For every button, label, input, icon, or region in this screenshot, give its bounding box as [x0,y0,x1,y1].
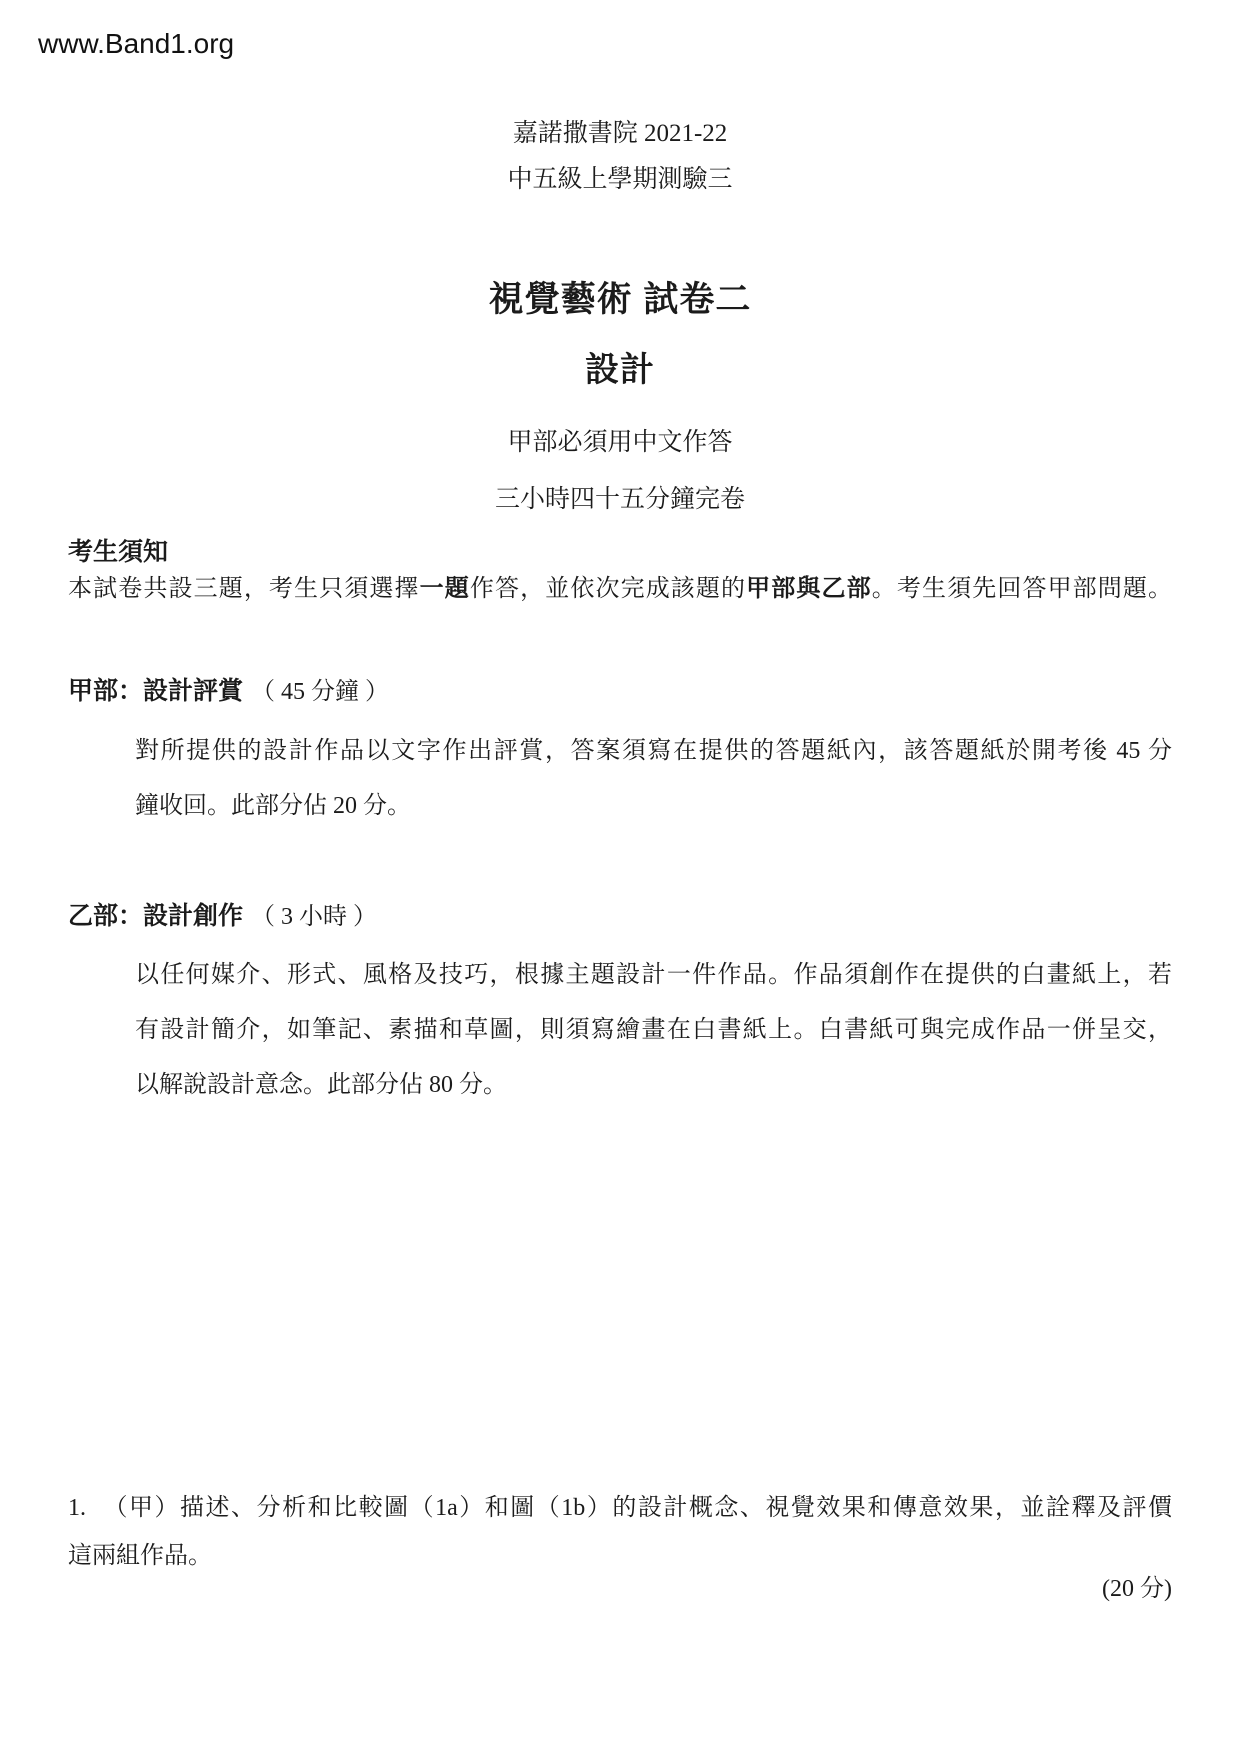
question-1-text: （甲）描述、分析和比較圖（1a）和圖（1b）的設計概念、視覺效果和傳意效果，並詮… [102,1495,1172,1521]
watermark-text: www.Band1.org [38,26,234,61]
school-year-line: 嘉諾撒書院 2021-22 [68,118,1172,149]
candidate-notice-heading: 考生須知 [68,537,168,568]
notice-segment: 作答，並依次完成該題的 [470,576,746,602]
section-b-paragraph-line-2: 有設計簡介，如筆記、素描和草圖，則須寫繪畫在白書紙上。白書紙可與完成作品一併呈交… [135,1015,1172,1045]
paper-subtitle: 設計 [68,349,1172,392]
section-a-paragraph-line-1: 對所提供的設計作品以文字作出評賞，答案須寫在提供的答題紙內，該答題紙於開考後 4… [135,736,1172,766]
question-1-line-1: 1.（甲）描述、分析和比較圖（1a）和圖（1b）的設計概念、視覺效果和傳意效果，… [68,1493,1172,1523]
section-a-paragraph-line-2: 鐘收回。此部分佔 20 分。 [135,791,1172,821]
section-b-paragraph-line-1: 以任何媒介、形式、風格及技巧，根據主題設計一件作品。作品須創作在提供的白畫紙上，… [135,960,1172,990]
section-b-heading: 乙部：設計創作（ 3 小時 ） [68,901,377,932]
question-1-marks: (20 分) [68,1574,1172,1604]
notice-segment-bold-one-question: 一題 [420,575,470,602]
exam-term-line: 中五級上學期測驗三 [68,164,1172,195]
question-1-line-2: 這兩組作品。 [68,1541,212,1571]
section-a-heading: 甲部：設計評賞（ 45 分鐘 ） [68,676,389,707]
section-a-duration: （ 45 分鐘 ） [251,679,389,705]
notice-segment: 本試卷共設三題，考生只須選擇 [68,576,420,602]
section-b-heading-label: 乙部：設計創作 [68,902,243,930]
question-1-number: 1. [68,1495,86,1521]
exam-paper-page: www.Band1.org 嘉諾撒書院 2021-22 中五級上學期測驗三 視覺… [0,0,1240,1754]
section-a-heading-label: 甲部：設計評賞 [68,677,243,705]
section-b-duration: （ 3 小時 ） [251,904,377,930]
notice-segment: 。考生須先回答甲部問題。 [872,576,1172,602]
notice-segment-bold-part-a-b: 甲部與乙部 [746,575,872,602]
section-b-paragraph-line-3: 以解說設計意念。此部分佔 80 分。 [135,1070,1172,1100]
candidate-notice-text: 本試卷共設三題，考生只須選擇一題作答，並依次完成該題的甲部與乙部。考生須先回答甲… [68,574,1172,604]
language-instruction: 甲部必須用中文作答 [68,427,1172,458]
duration-instruction: 三小時四十五分鐘完卷 [68,484,1172,515]
paper-title: 視覺藝術 試卷二 [68,278,1172,322]
